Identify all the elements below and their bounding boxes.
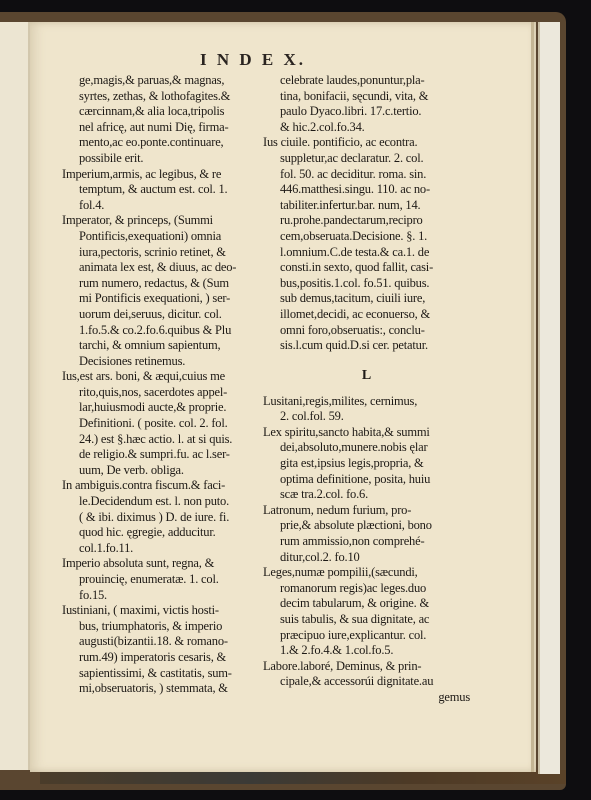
index-entry-line: bus, triumphatoris, & imperio — [62, 619, 267, 635]
index-entry-line: Definitioni. ( posite. col. 2. fol. — [62, 416, 267, 432]
index-entry-line: decim tabularum, & origine. & — [263, 596, 470, 612]
index-entry-line: fo.15. — [62, 588, 267, 604]
running-head: I N D E X. — [200, 50, 306, 70]
index-entry-line: omni foro,obseruatis:, conclu- — [263, 323, 470, 339]
index-entry-line: Imperio absoluta sunt, regna, & — [62, 556, 267, 572]
index-entry-line: & hic.2.col.fo.34. — [263, 120, 470, 136]
index-entry-line: Ius ciuile. pontificio, ac econtra. — [263, 135, 470, 151]
index-entry-line: mi Pontificis exequationi, ) ser- — [62, 291, 267, 307]
index-entry-line: cipale,& accessorúi dignitate.au — [263, 674, 470, 690]
index-entry-line: fol.4. — [62, 198, 267, 214]
index-entry-line: Latronum, nedum furium, pro- — [263, 503, 470, 519]
index-entry: Iustiniani, ( maximi, victis hosti-bus, … — [62, 603, 267, 697]
index-entry-line: bus,positis.1.col. fo.51. quibus. — [263, 276, 470, 292]
index-entry-line: sis.l.cum quid.D.si cer. petatur. — [263, 338, 470, 354]
index-entry: Latronum, nedum furium, pro-prie,& absol… — [263, 503, 470, 565]
index-entry-line: tabiliter.infertur.bar. num, 14. — [263, 198, 470, 214]
index-entry-line: rum ammissio,non comprehé- — [263, 534, 470, 550]
index-entry-line: quod hic. ęgregie, adducitur. — [62, 525, 267, 541]
left-column: ge,magis,& paruas,& magnas,syrtes, zetha… — [62, 73, 267, 697]
index-entry-line: possibile erit. — [62, 151, 267, 167]
index-entry-line: paulo Dyaco.libri. 17.c.tertio. — [263, 104, 470, 120]
index-entry-line: gita est,ipsius legis,propria, & — [263, 456, 470, 472]
index-entry-line: syrtes, zethas, & lothofagites.& — [62, 89, 267, 105]
index-entry-line: uorum dei,seruus, dicitur. col. — [62, 307, 267, 323]
index-entry-line: sapientissimi, & castitatis, sum- — [62, 666, 267, 682]
index-entry: Imperium,armis, ac legibus, & retemptum,… — [62, 167, 267, 214]
index-entry-line: 24.) est §.hæc actio. l. at si quis. — [62, 432, 267, 448]
index-entry: Lex spiritu,sancto habita,& summidei,abs… — [263, 425, 470, 503]
facing-page-edge — [0, 22, 30, 770]
index-entry-line: scæ tra.2.col. fo.6. — [263, 487, 470, 503]
index-entry: Leges,numæ pompilii,(sæcundi,romanorum r… — [263, 565, 470, 659]
index-entry: Ius ciuile. pontificio, ac econtra.suppl… — [263, 135, 470, 353]
index-entry-line: tarchi, & omnium sapientum, — [62, 338, 267, 354]
index-entry-line: Decisiones retinemus. — [62, 354, 267, 370]
index-entry-line: 446.matthesi.singu. 110. ac no- — [263, 182, 470, 198]
index-entry-line: Ius,est ars. boni, & æqui,cuius me — [62, 369, 267, 385]
index-entry: Imperator, & princeps, (SummiPontificis,… — [62, 213, 267, 369]
index-entry-line: ge,magis,& paruas,& magnas, — [62, 73, 267, 89]
index-entry-line: ditur,col.2. fo.10 — [263, 550, 470, 566]
index-entry: Imperio absoluta sunt, regna, &prouincię… — [62, 556, 267, 603]
index-entry-line: mento,ac eo.ponte.continuare, — [62, 135, 267, 151]
index-entry-line: Lusitani,regis,milites, cernimus, — [263, 394, 470, 410]
index-entry-line: cem,obseruata.Decisione. §. 1. — [263, 229, 470, 245]
section-letter-heading: L — [263, 362, 470, 390]
index-entry-line: augusti(bizantii.18. & romano- — [62, 634, 267, 650]
index-entry-line: 1.& 2.fo.4.& 1.col.fo.5. — [263, 643, 470, 659]
index-entry-line: temptum, & auctum est. col. 1. — [62, 182, 267, 198]
index-entry-line: consti.in sexto, quod fallit, casi- — [263, 260, 470, 276]
index-entry-line: 1.fo.5.& co.2.fo.6.quibus & Plu — [62, 323, 267, 339]
index-entry-line: sub demus,tacitum, ciuili iure, — [263, 291, 470, 307]
index-entry-line: Imperator, & princeps, (Summi — [62, 213, 267, 229]
index-entry: In ambiguis.contra fiscum.& faci-le.Deci… — [62, 478, 267, 556]
index-entry-line: uum, De verb. obliga. — [62, 463, 267, 479]
index-entry: Ius,est ars. boni, & æqui,cuius merito,q… — [62, 369, 267, 478]
index-entry-line: suppletur,ac declaratur. 2. col. — [263, 151, 470, 167]
index-entry-line: suis tabulis, & sua dignitate, ac — [263, 612, 470, 628]
index-entry-line: iura,pectoris, scrinio retinet, & — [62, 245, 267, 261]
index-entry-line: rum numero, redactus, & (Sum — [62, 276, 267, 292]
index-entry-line: prie,& absolute plæctioni, bono — [263, 518, 470, 534]
index-entry-line: 2. col.fol. 59. — [263, 409, 470, 425]
right-column: celebrate laudes,ponuntur,pla-tina, boni… — [263, 73, 470, 706]
index-entry-line: tina, bonifacii, sęcundi, vita, & — [263, 89, 470, 105]
index-entry-line: præcipuo iure,explicantur. col. — [263, 628, 470, 644]
index-entry-line: illomet,decidi, ac econuerso, & — [263, 307, 470, 323]
index-entry-line: nel africę, aut numi Dię, firma- — [62, 120, 267, 136]
index-entry: Lusitani,regis,milites, cernimus,2. col.… — [263, 394, 470, 425]
index-entry-line: l.omnium.C.de testa.& ca.1. de — [263, 245, 470, 261]
book-binding-edge — [40, 770, 566, 784]
index-entry-line: Lex spiritu,sancto habita,& summi — [263, 425, 470, 441]
index-entry-line: dei,absoluto,munere.nobis ęlar — [263, 440, 470, 456]
page-fore-edge — [538, 22, 560, 774]
index-entry-line: cærcinnam,& alia loca,tripolis — [62, 104, 267, 120]
index-entry-line: Pontificis,exequationi) omnia — [62, 229, 267, 245]
index-entry-line: Imperium,armis, ac legibus, & re — [62, 167, 267, 183]
index-entry-line: In ambiguis.contra fiscum.& faci- — [62, 478, 267, 494]
index-entry-line: mi,obseruatoris, ) stemmata, & — [62, 681, 267, 697]
index-entry-line: fol. 50. ac deciditur. roma. sin. — [263, 167, 470, 183]
index-entry-line: optima definitione, posita, huiu — [263, 472, 470, 488]
index-entry-line: de religio.& sumpri.fu. ac l.ser- — [62, 447, 267, 463]
index-entry-line: celebrate laudes,ponuntur,pla- — [263, 73, 470, 89]
index-entry-line: Leges,numæ pompilii,(sæcundi, — [263, 565, 470, 581]
index-entry-line: rum.49) imperatoris cesaris, & — [62, 650, 267, 666]
index-entry-line: Iustiniani, ( maximi, victis hosti- — [62, 603, 267, 619]
index-entry: ge,magis,& paruas,& magnas,syrtes, zetha… — [62, 73, 267, 167]
index-entry-line: gemus — [263, 690, 470, 706]
index-entry-line: lar,huiusmodi aucte,& proprie. — [62, 400, 267, 416]
page-edge-shadow — [531, 22, 534, 772]
index-entry-line: rito,quis,nos, sacerdotes appel- — [62, 385, 267, 401]
index-entry-line: ( & ibi. diximus ) D. de iure. fi. — [62, 510, 267, 526]
index-entry-line: prouincię, enumeratæ. 1. col. — [62, 572, 267, 588]
index-entry-line: col.1.fo.11. — [62, 541, 267, 557]
index-entry: Labore.laboré, Deminus, & prin-cipale,& … — [263, 659, 470, 706]
right-column-entries-bottom: Lusitani,regis,milites, cernimus,2. col.… — [263, 394, 470, 706]
index-entry-line: animata lex est, & diuus, ac deo- — [62, 260, 267, 276]
index-entry: celebrate laudes,ponuntur,pla-tina, boni… — [263, 73, 470, 135]
index-entry-line: romanorum regis)ac leges.duo — [263, 581, 470, 597]
right-column-entries-top: celebrate laudes,ponuntur,pla-tina, boni… — [263, 73, 470, 354]
index-entry-line: le.Decidendum est. l. non puto. — [62, 494, 267, 510]
index-entry-line: Labore.laboré, Deminus, & prin- — [263, 659, 470, 675]
index-entry-line: ru.prohe.pandectarum,recipro — [263, 213, 470, 229]
